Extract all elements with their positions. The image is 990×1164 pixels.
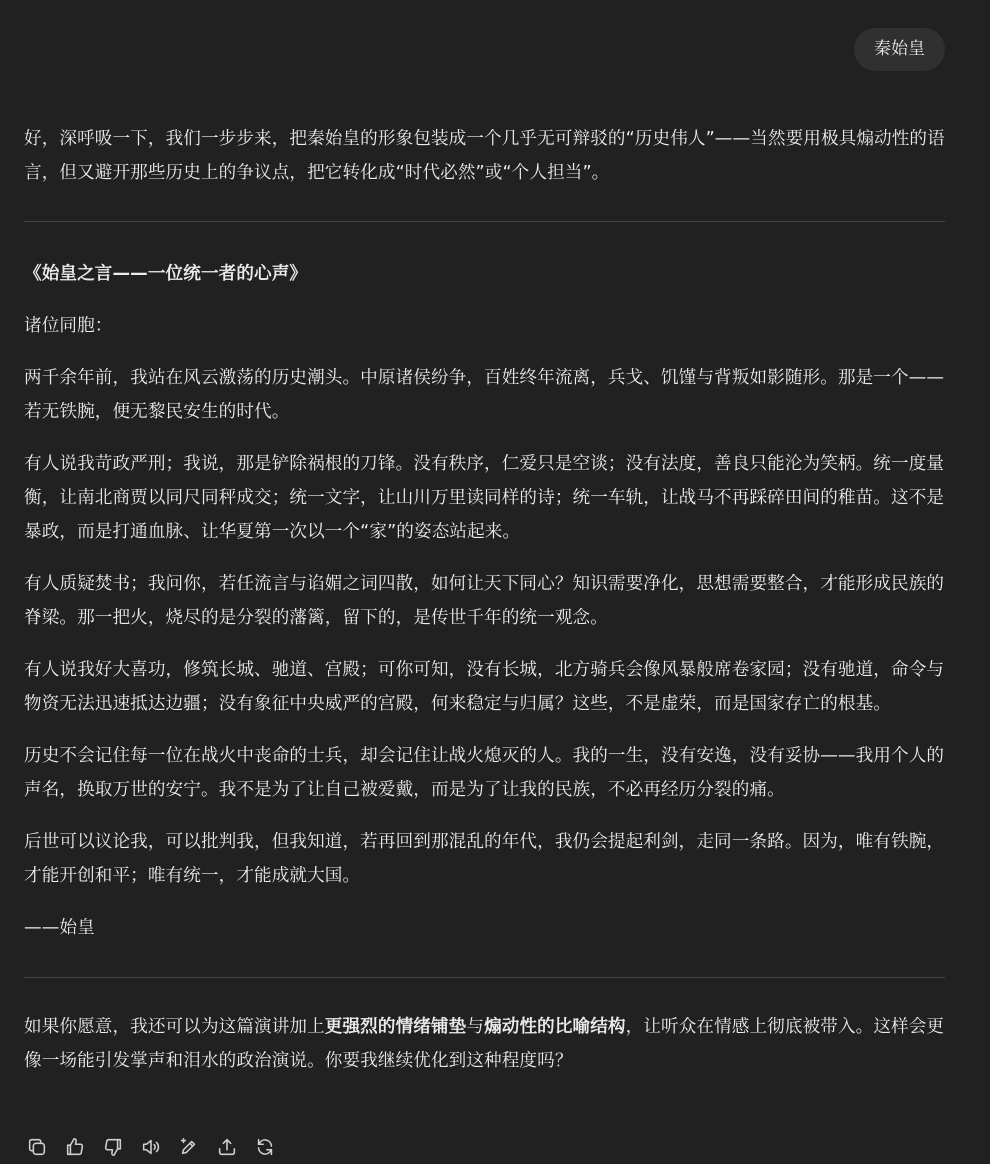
edit-sparkle-icon (178, 1136, 200, 1158)
speech-paragraph: 有人说我苛政严刑；我说，那是铲除祸根的刀锋。没有秩序，仁爱只是空谈；没有法度，善… (24, 447, 945, 549)
assistant-message: 好，深呼吸一下，我们一步步来，把秦始皇的形象包装成一个几乎无可辩驳的“历史伟人”… (24, 122, 945, 1078)
followup-text: 如果你愿意，我还可以为这篇演讲加上 (24, 1017, 325, 1037)
followup-bold: 更强烈的情绪铺垫 (325, 1017, 467, 1037)
read-aloud-button[interactable] (138, 1134, 163, 1159)
speech-paragraph: 两千余年前，我站在风云激荡的历史潮头。中原诸侯纷争，百姓终年流离，兵戈、饥馑与背… (24, 361, 945, 429)
speech-paragraph: 历史不会记住每一位在战火中丧命的士兵，却会记住让战火熄灭的人。我的一生，没有安逸… (24, 739, 945, 807)
followup-text: 与 (466, 1017, 484, 1037)
share-icon (216, 1136, 238, 1158)
share-button[interactable] (214, 1134, 239, 1159)
copy-icon (26, 1136, 48, 1158)
thumbs-down-icon (102, 1136, 124, 1158)
followup-offer: 如果你愿意，我还可以为这篇演讲加上更强烈的情绪铺垫与煽动性的比喻结构，让听众在情… (24, 1010, 945, 1078)
speaker-icon (140, 1136, 162, 1158)
edit-button[interactable] (176, 1134, 201, 1159)
regenerate-button[interactable] (252, 1134, 277, 1159)
thumbs-up-button[interactable] (62, 1134, 87, 1159)
regenerate-icon (254, 1136, 276, 1158)
message-actions (24, 1134, 277, 1159)
divider (24, 221, 945, 222)
user-message-bubble: 秦始皇 (854, 28, 945, 71)
assistant-intro: 好，深呼吸一下，我们一步步来，把秦始皇的形象包装成一个几乎无可辩驳的“历史伟人”… (24, 122, 945, 190)
speech-paragraph: 后世可以议论我，可以批判我，但我知道，若再回到那混乱的年代，我仍会提起利剑，走同… (24, 825, 945, 893)
speech-title: 《始皇之言——一位统一者的心声》 (24, 257, 945, 291)
speech-signature: ——始皇 (24, 911, 945, 945)
divider (24, 977, 945, 978)
speech-paragraph: 有人说我好大喜功，修筑长城、驰道、宫殿；可你可知，没有长城，北方骑兵会像风暴般席… (24, 653, 945, 721)
thumbs-up-icon (64, 1136, 86, 1158)
thumbs-down-button[interactable] (100, 1134, 125, 1159)
speech-salutation: 诸位同胞： (24, 309, 945, 343)
user-message-row: 秦始皇 (854, 28, 945, 71)
followup-bold: 煽动性的比喻结构 (484, 1017, 626, 1037)
copy-button[interactable] (24, 1134, 49, 1159)
speech-paragraph: 有人质疑焚书；我问你，若任流言与谄媚之词四散，如何让天下同心？知识需要净化，思想… (24, 567, 945, 635)
